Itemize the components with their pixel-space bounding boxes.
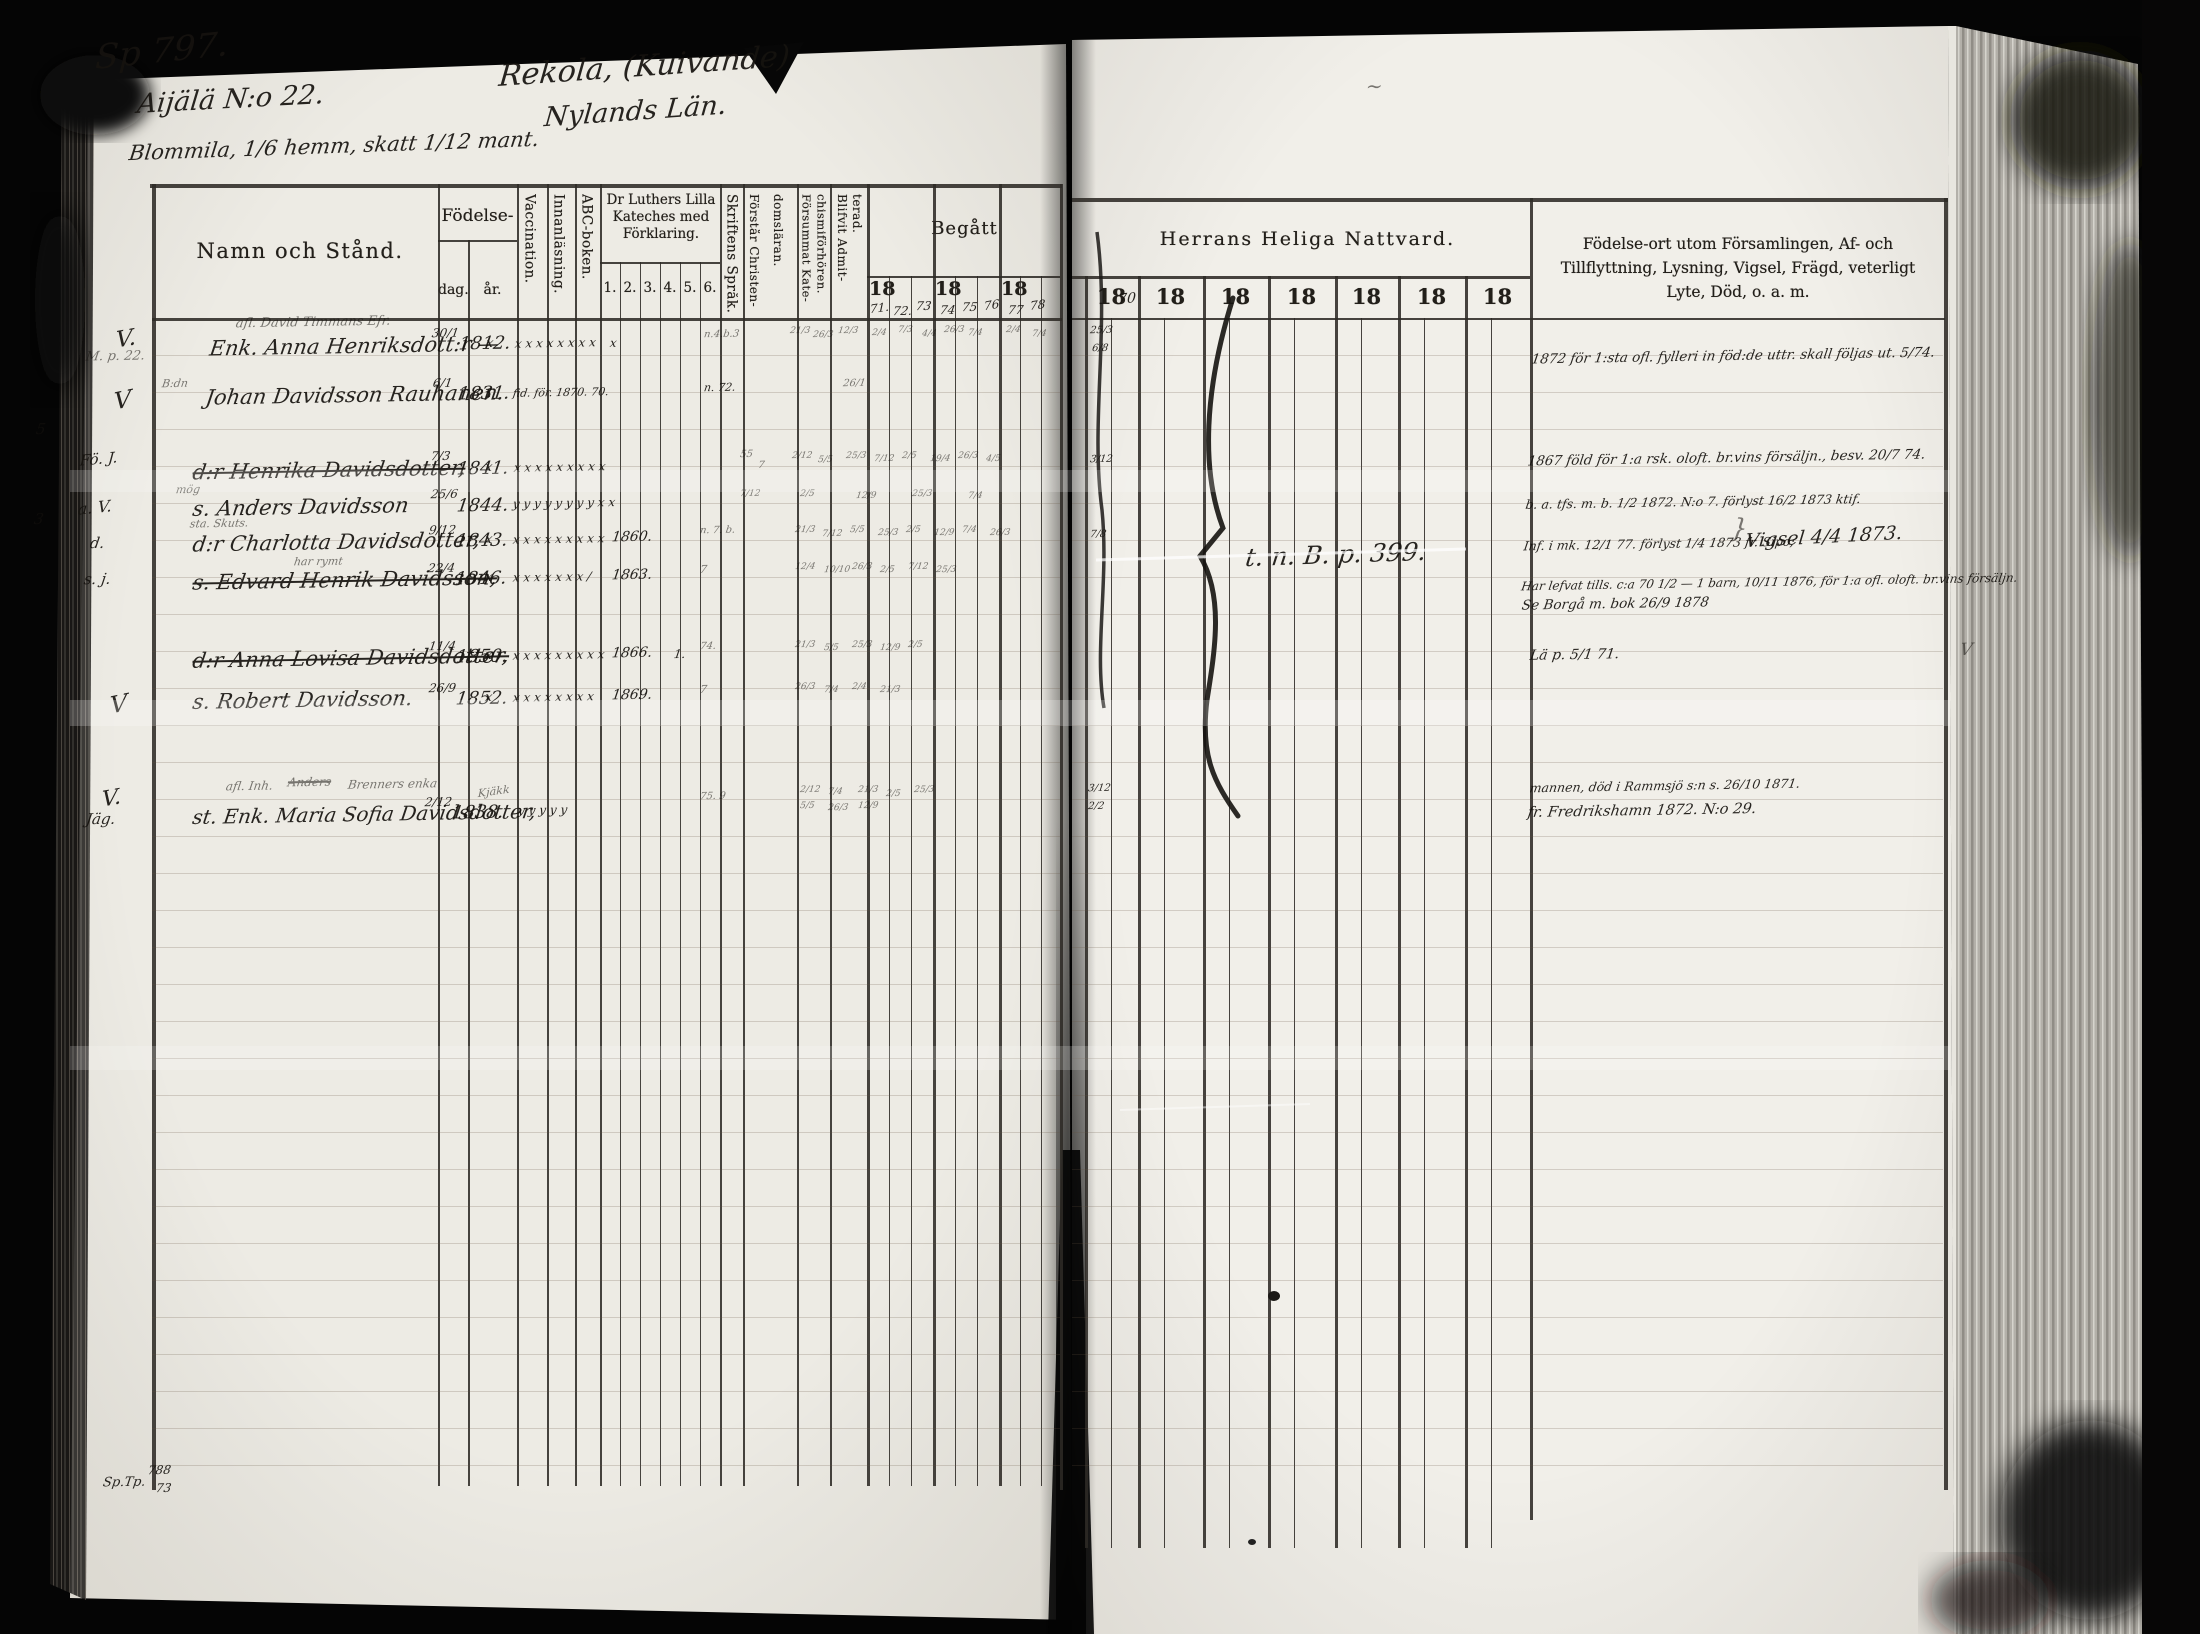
scanned-book-spread: Namn och Stånd. Födelse- dag. år. Vaccin… [0, 0, 2200, 1634]
scratch-mark [1120, 1104, 1310, 1110]
ink-speck [1248, 1539, 1256, 1545]
scratch-mark [1096, 549, 1466, 560]
ink-overlay [0, 0, 2200, 1634]
ink-blot [1268, 1291, 1280, 1301]
